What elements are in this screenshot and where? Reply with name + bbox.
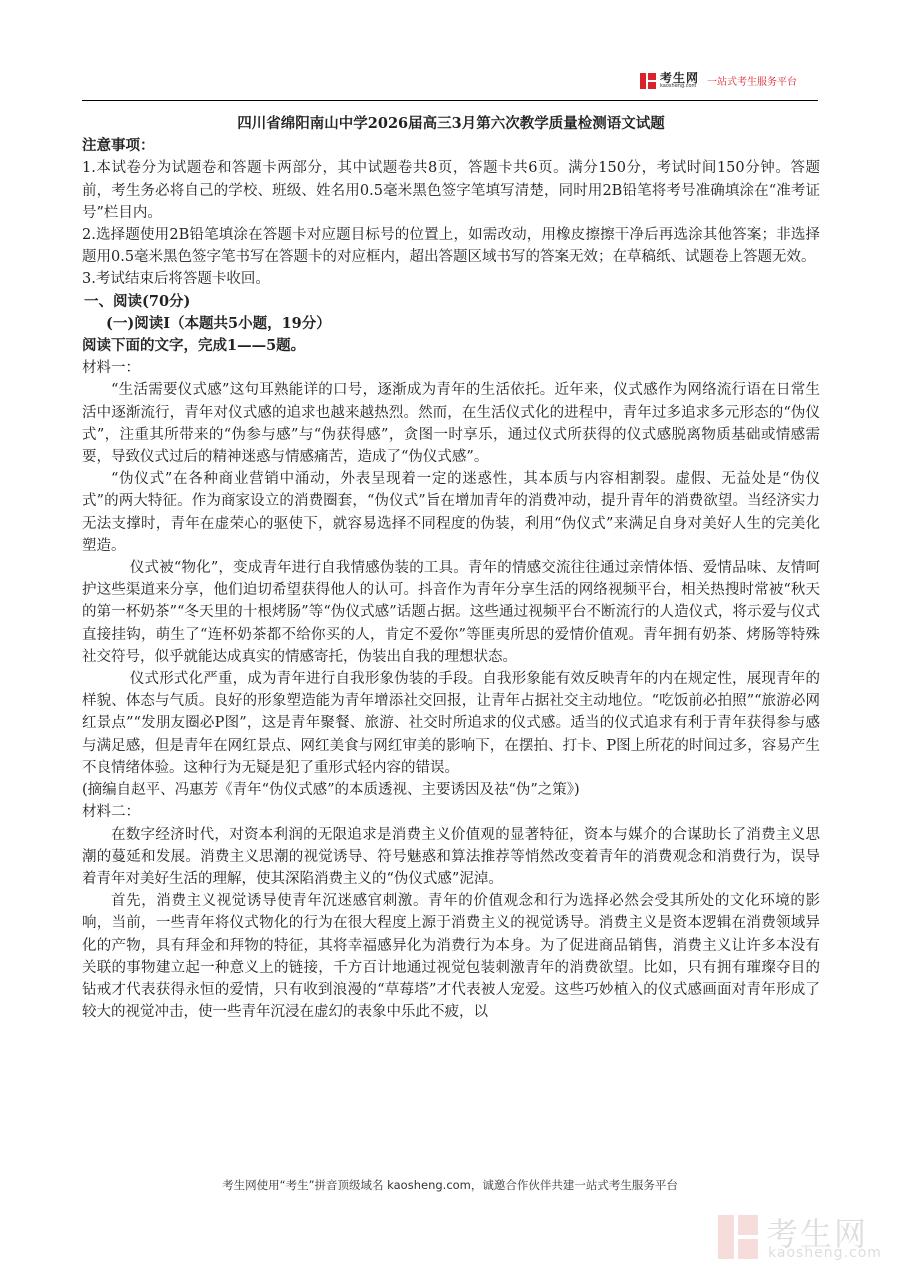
reading-instruction: 阅读下面的文字，完成1——5题。 xyxy=(82,335,820,357)
notice-heading: 注意事项： xyxy=(82,135,820,157)
logo-domain: kaosheng.com xyxy=(660,84,699,89)
material1-paragraph: 仪式形式化严重，成为青年进行自我形象伪装的手段。自我形象能有效反映青年的内在规定… xyxy=(82,668,820,779)
material1-label: 材料一： xyxy=(82,357,820,379)
material2-paragraph: 在数字经济时代，对资本利润的无限追求是消费主义价值观的显著特征，资本与媒介的合谋… xyxy=(82,824,820,891)
page-footer: 考生网使用“考生”拼音顶级域名 kaosheng.com，诚邀合作伙伴共建一站式… xyxy=(0,1177,900,1193)
material1-paragraph: “伪仪式”在各种商业营销中涌动，外表呈现着一定的迷惑性，其本质与内容相割裂。虚假… xyxy=(82,468,820,557)
notice-item: 2.选择题使用2B铅笔填涂在答题卡对应题目标号的位置上，如需改动，用橡皮擦擦干净… xyxy=(82,224,820,268)
material2-label: 材料二： xyxy=(82,801,820,823)
material1-paragraph: “生活需要仪式感”这句耳熟能详的口号，逐渐成为青年的生活依托。近年来，仪式感作为… xyxy=(82,379,820,468)
notice-item: 3.考试结束后将答题卡收回。 xyxy=(82,268,820,290)
kaosheng-logo-icon xyxy=(640,73,656,89)
logo-slogan: 一站式考生服务平台 xyxy=(707,73,797,88)
material2-paragraph: 首先，消费主义视觉诱导使青年沉迷感官刺激。青年的价值观念和行为选择必然会受其所处… xyxy=(82,890,820,1023)
material1-paragraph: 仪式被“物化”，变成青年进行自我情感伪装的工具。青年的情感交流往往通过亲情体悟、… xyxy=(82,557,820,668)
subsection-heading: (一)阅读Ⅰ（本题共5小题，19分） xyxy=(82,313,820,335)
kaosheng-logo[interactable]: 考生网 kaosheng.com 一站式考生服务平台 xyxy=(640,72,797,89)
notice-item: 1.本试卷分为试题卷和答题卡两部分，其中试题卷共8页，答题卡共6页。满分150分… xyxy=(82,157,820,224)
material1-source: (摘编自赵平、冯惠芳《青年“伪仪式感”的本质透视、主要诱因及祛“伪”之策》) xyxy=(82,779,820,801)
exam-title: 四川省绵阳南山中学2026届高三3月第六次教学质量检测语文试题 xyxy=(82,113,820,135)
watermark-logo-icon xyxy=(718,1215,758,1259)
header-divider xyxy=(82,100,818,101)
page-header: 考生网 kaosheng.com 一站式考生服务平台 xyxy=(82,70,818,100)
section-heading: 一、阅读(70分) xyxy=(82,291,820,313)
watermark-domain: kaosheng.com xyxy=(768,1245,882,1261)
kaosheng-watermark: 考生网 kaosheng.com xyxy=(718,1207,898,1267)
exam-document: 四川省绵阳南山中学2026届高三3月第六次教学质量检测语文试题 注意事项： 1.… xyxy=(82,113,820,1023)
